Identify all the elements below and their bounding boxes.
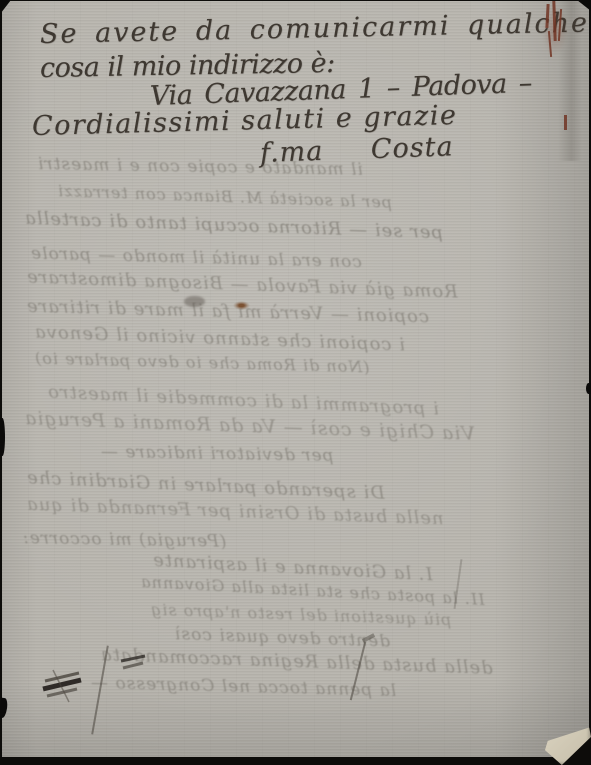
ghost-line: copioni — Verrà mi fa il mare di ritirar… (26, 296, 430, 328)
ghost-line: per deviatori indicare — (100, 442, 334, 466)
tape-residue-mark (538, 1, 578, 71)
ghost-line: (Perugia) mi occorre: (22, 528, 227, 552)
pencil-stroke (454, 559, 463, 609)
ghost-line: più questioni del resto n'apro sig (150, 600, 452, 630)
pencil-smudge-small (117, 652, 149, 676)
edge-nick (0, 418, 5, 456)
ghost-line: Di sperando parlare in Giardini che (26, 467, 385, 504)
ghost-line: I. la Giovanna e il aspirante (152, 550, 434, 586)
ghost-line: con era la unità il mondo — parole (30, 244, 362, 273)
ink-smear (184, 296, 205, 307)
rust-spot (233, 301, 250, 310)
edge-nick (586, 383, 591, 394)
ghost-line: dentro devo quasi così (174, 624, 391, 652)
ghost-line: nella busta di Orsini per Fernanda di qu… (26, 494, 444, 530)
pencil-stroke (91, 646, 109, 735)
ghost-line: per la società M. Bianca con terrazzi (57, 181, 393, 212)
letter-page: il mandato e copie con e i maestriper la… (2, 1, 589, 757)
ghost-line: i copioni che stanno vicino il Genova (34, 322, 406, 356)
ghost-line: Via Chigi e così — Va da Romani a Perugi… (24, 407, 475, 445)
scan-background: il mandato e copie con e i maestriper la… (0, 0, 591, 765)
letter-signature: f.ma Costa (259, 131, 454, 169)
ghost-line: (Non di Roma che io devo parlare io) (34, 349, 370, 377)
ghost-line: II. la posta che sta lista alla Giovanna (140, 572, 485, 609)
pencil-dash (362, 633, 375, 643)
pencil-smudge-large (38, 662, 88, 709)
letter-line: Se avete da comunicarmi qualche (40, 8, 590, 50)
ghost-line: della busta della Regina raccomandata (100, 644, 493, 679)
pencil-stroke (350, 642, 366, 701)
ghost-line: per sei — Ritorna occupi tanto di cartel… (24, 208, 444, 244)
ghost-line: i programmi la di commedie il maestro (47, 381, 440, 419)
ghost-line: Roma già via Favola — Bisogna dimostrare (26, 266, 458, 302)
